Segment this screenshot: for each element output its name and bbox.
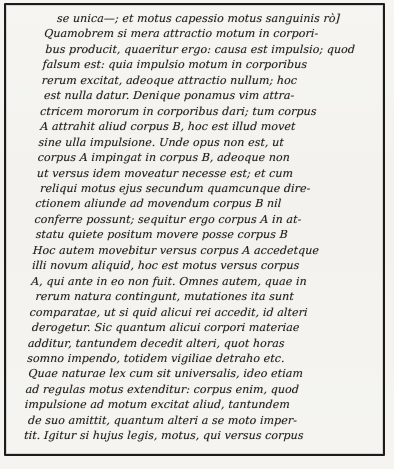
manuscript-line: se unica—; et motus capessio motus sangu… — [45, 11, 390, 26]
manuscript-line: ad regulas motus extenditur: corpus enim… — [25, 382, 370, 397]
manuscript-line: ut versus idem moveatur necesse est; et … — [36, 166, 381, 181]
manuscript-line: rerum natura contingunt, mutationes ita … — [30, 289, 375, 304]
manuscript-line: A, qui ante in eo non fuit. Omnes autem,… — [31, 274, 376, 289]
manuscript-line: bus producit, quaeritur ergo: causa est … — [43, 42, 388, 57]
manuscript-page: se unica—; et motus capessio motus sangu… — [0, 0, 394, 469]
manuscript-line: reliqui motus ejus secundum quamcunque d… — [36, 181, 381, 196]
manuscript-line: Hoc autem movebitur versus corpus A acce… — [32, 243, 377, 258]
manuscript-line: additur, tantundem decedit alteri, quot … — [28, 336, 373, 351]
manuscript-line: de suo amittit, quantum alteri a se moto… — [23, 413, 368, 428]
manuscript-line: tit. Igitur si hujus legis, motus, qui v… — [23, 428, 368, 443]
manuscript-line: comparatae, ut si quid alicui rei accedi… — [29, 305, 374, 320]
manuscript-line: corpus A impingat in corpus B, adeoque n… — [37, 150, 382, 165]
manuscript-line: derogetur. Sic quantum alicui corpori ma… — [28, 320, 373, 335]
manuscript-line: ctionem aliunde ad movendum corpus B nil — [35, 196, 380, 211]
manuscript-line: statu quiete positum movere posse corpus… — [33, 227, 378, 242]
manuscript-line: est nulla datur. Denique ponamus vim att… — [40, 88, 385, 103]
manuscript-line: ctricem mororum in corporibus dari; tum … — [40, 104, 385, 119]
manuscript-line: rerum excitat, adeoque attractio nullum;… — [41, 73, 386, 88]
manuscript-line: conferre possunt; sequitur ergo corpus A… — [34, 212, 379, 227]
manuscript-line: illi novum aliquid, hoc est motus versus… — [32, 258, 377, 273]
manuscript-line: A attrahit aliud corpus B, hoc est illud… — [39, 119, 384, 134]
manuscript-line: somno impendo, totidem vigiliae detraho … — [27, 351, 372, 366]
manuscript-line: falsum est: quia impulsio motum in corpo… — [42, 57, 387, 72]
manuscript-line: Quae naturae lex cum sit universalis, id… — [26, 366, 371, 381]
manuscript-text-block: se unica—; et motus capessio motus sangu… — [23, 11, 390, 444]
manuscript-line: Quamobrem si mera attractio motum in cor… — [44, 26, 389, 41]
manuscript-line: impulsione ad motum excitat aliud, tantu… — [24, 397, 369, 412]
manuscript-line: sine ulla impulsione. Unde opus non est,… — [38, 135, 383, 150]
